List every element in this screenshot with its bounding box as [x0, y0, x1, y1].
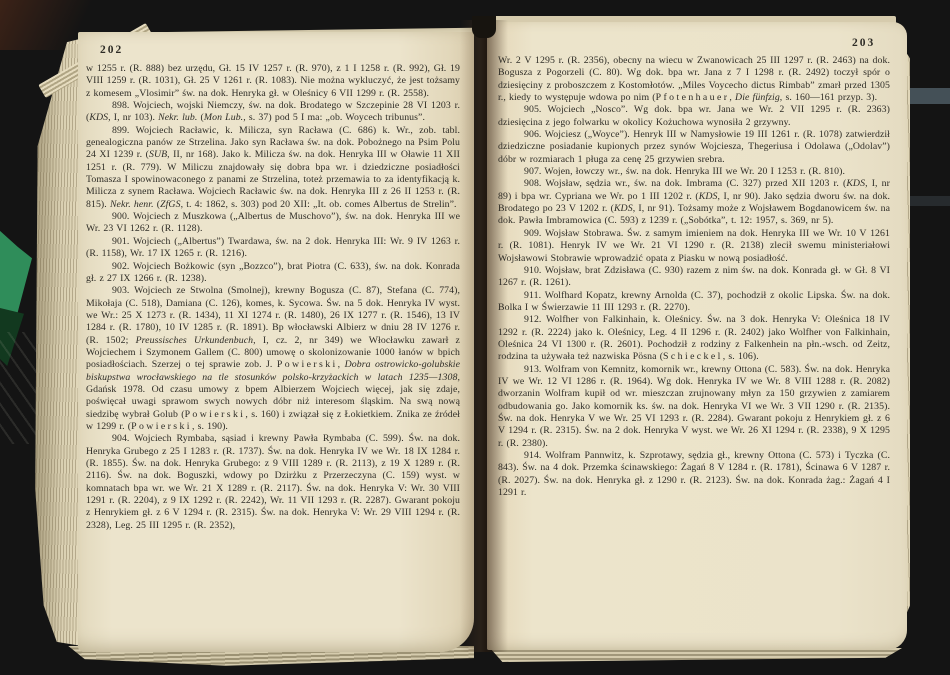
entry-paragraph: 900. Wojciech z Muszkowa („Albertus de M…: [86, 211, 460, 236]
entry-paragraph: w 1255 r. (R. 888) bez urzędu, Gł. 15 IV…: [86, 63, 460, 100]
gutter-top-notch: [472, 16, 496, 38]
entry-paragraph: 899. Wojciech Racławic, k. Milicza, syn …: [86, 125, 460, 211]
entry-paragraph: 907. Wojen, łowczy wr., św. na dok. Henr…: [498, 166, 890, 178]
entry-paragraph: 901. Wojciech („Albertus”) Twardawa, św.…: [86, 236, 460, 261]
entry-paragraph: 906. Wojciesz („Woyce”). Henryk III w Na…: [498, 129, 890, 166]
page-number-right: 203: [852, 37, 875, 49]
entry-paragraph: 914. Wolfram Pannwitz, k. Szprotawy, sęd…: [498, 450, 890, 499]
entry-paragraph: 909. Wojsław Stobrawa. Św. z samym imien…: [498, 228, 890, 265]
page-edges-bottom-right: [490, 648, 902, 662]
entry-paragraph: 913. Wolfram von Kemnitz, komornik wr., …: [498, 364, 890, 450]
entry-paragraph: 898. Wojciech, wojski Niemczy, św. na do…: [86, 100, 460, 125]
entry-paragraph: 902. Wojciech Bożkowic (syn „Bozzco”), b…: [86, 261, 460, 286]
entry-paragraph: 911. Wolfhard Kopatz, krewny Arnolda (C.…: [498, 290, 890, 315]
left-page-text: w 1255 r. (R. 888) bez urzędu, Gł. 15 IV…: [86, 63, 460, 532]
right-page-text: Wr. 2 V 1295 r. (R. 2356), obecny na wie…: [498, 55, 890, 499]
entry-paragraph: Wr. 2 V 1295 r. (R. 2356), obecny na wie…: [498, 55, 890, 104]
entry-paragraph: 910. Wojsław, brat Zdzisława (C. 930) ra…: [498, 265, 890, 290]
page-number-left: 202: [100, 44, 123, 56]
entry-paragraph: 904. Wojciech Rymbaba, sąsiad i krewny P…: [86, 433, 460, 532]
entry-paragraph: 908. Wojsław, sędzia wr., św. na dok. Im…: [498, 178, 890, 227]
entry-paragraph: 903. Wojciech ze Stwolna (Smolnej), krew…: [86, 285, 460, 433]
entry-paragraph: 905. Wojciech „Nosco”. Wg dok. bpa wr. J…: [498, 104, 890, 129]
book-photo-background: 202 203 w 1255 r. (R. 888) bez urzędu, G…: [0, 0, 950, 675]
entry-paragraph: 912. Wolfher von Falkinhain, k. Oleśnicy…: [498, 314, 890, 363]
